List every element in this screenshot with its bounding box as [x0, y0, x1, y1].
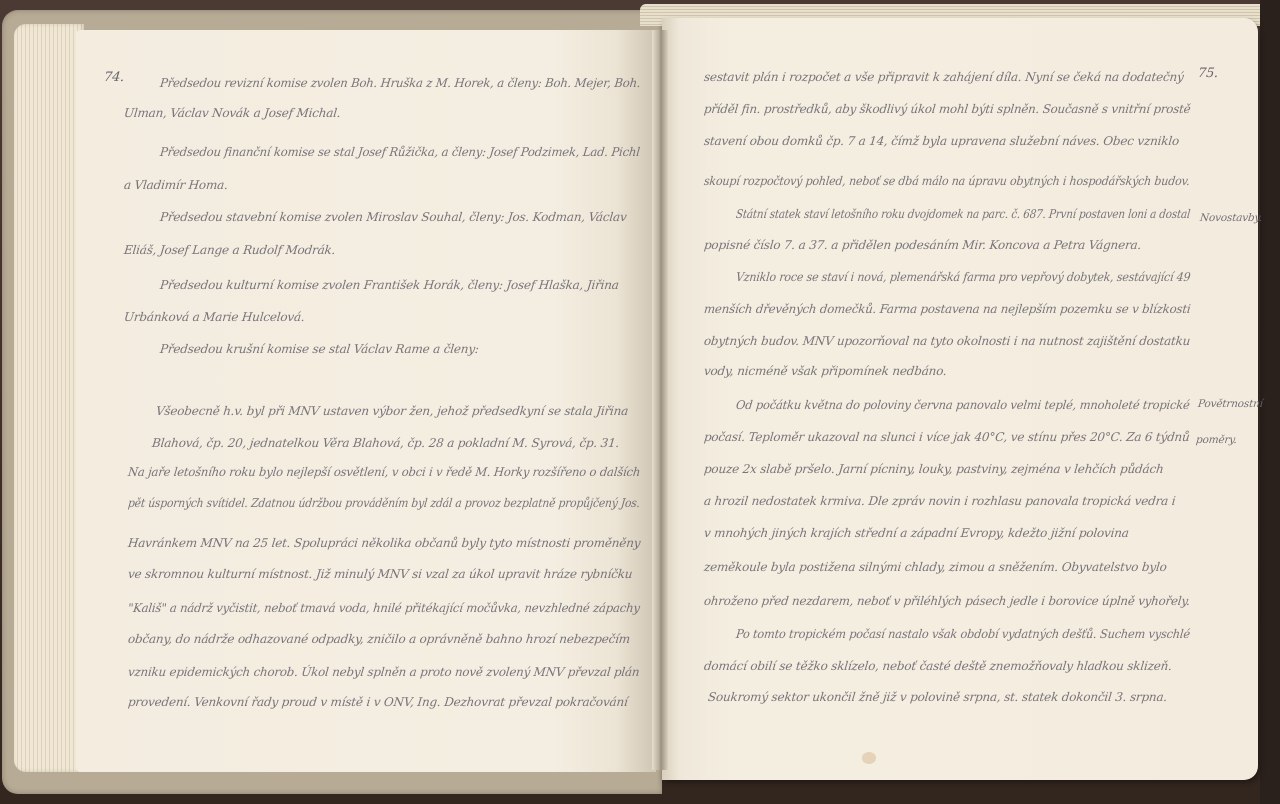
right-line: domácí obilí se těžko sklízelo, neboť ča… — [703, 659, 1172, 673]
right-line: Státní statek staví letošního roku dvojd… — [735, 207, 1191, 221]
right-line: sestavit plán i rozpočet a vše připravit… — [703, 70, 1184, 84]
right-line: příděl fin. prostředků, aby škodlivý úko… — [703, 102, 1191, 116]
right-line: pouze 2x slabě pršelo. Jarní pícniny, lo… — [703, 462, 1164, 476]
left-line: Všeobecně h.v. byl při MNV ustaven výbor… — [155, 404, 629, 418]
right-line: a hrozil nedostatek krmiva. Dle zpráv no… — [703, 494, 1176, 508]
left-line: Blahová, čp. 20, jednatelkou Věra Blahov… — [151, 436, 620, 450]
left-page — [76, 30, 656, 772]
right-line: menších dřevěných domečků. Farma postave… — [703, 302, 1191, 316]
margin-note: Povětrnostní — [1197, 398, 1263, 410]
left-page-number: 74. — [103, 70, 125, 85]
right-line: zeměkoule byla postižena silnými chlady,… — [703, 560, 1167, 574]
book-gutter — [652, 30, 668, 770]
right-line: vody, nicméně však připomínek nedbáno. — [703, 364, 947, 378]
margin-note: Novostavby. — [1199, 212, 1262, 224]
left-line: pět úsporných svítidel. Zdatnou údržbou … — [127, 496, 640, 510]
right-line: Po tomto tropickém počasí nastalo však o… — [735, 627, 1190, 641]
left-line: Předsedou krušní komise se stal Václav R… — [159, 342, 479, 356]
right-line: popisné číslo 7. a 37. a přidělen podesá… — [703, 238, 1142, 252]
right-page-number: 75. — [1197, 66, 1219, 81]
right-line: Soukromý sektor ukončil žně již v polovi… — [707, 690, 1168, 704]
left-line: ve skromnou kulturní místnost. Již minul… — [127, 567, 633, 581]
left-line: a Vladimír Homa. — [123, 178, 228, 192]
right-line: skoupí rozpočtový pohled, neboť se dbá m… — [703, 174, 1190, 188]
right-line: ohroženo před nezdarem, neboť v přiléhlý… — [703, 594, 1190, 608]
left-line: Předsedou kulturní komise zvolen Františ… — [159, 278, 619, 292]
right-line: Vzniklo roce se staví i nová, plemenářsk… — [735, 270, 1191, 284]
left-line: Předsedou stavební komise zvolen Mirosla… — [159, 210, 627, 224]
right-line: stavení obou domků čp. 7 a 14, čímž byla… — [703, 134, 1180, 148]
left-line: občany, do nádrže odhazované odpadky, zn… — [127, 632, 630, 646]
left-line: Na jaře letošního roku bylo nejlepší osv… — [127, 465, 641, 479]
page-edge-stack-left — [14, 24, 84, 772]
right-line: počasí. Teploměr ukazoval na slunci i ví… — [703, 430, 1190, 444]
left-line: Předsedou finanční komise se stal Josef … — [159, 145, 640, 159]
left-line: "Kališ" a nádrž vyčistit, neboť tmavá vo… — [127, 601, 640, 615]
right-line: obytných budov. MNV upozorňoval na tyto … — [703, 334, 1191, 348]
left-line: Urbánková a Marie Hulcelová. — [123, 310, 305, 324]
right-line: Od počátku května do poloviny června pan… — [735, 398, 1190, 412]
left-line: provedení. Venkovní řady proud v místě i… — [127, 695, 628, 709]
left-line: Ulman, Václav Novák a Josef Michal. — [123, 106, 341, 120]
left-line: vzniku epidemických chorob. Úkol nebyl s… — [127, 665, 640, 679]
margin-note: poměry. — [1195, 434, 1237, 446]
left-line: Eliáš, Josef Lange a Rudolf Modrák. — [123, 243, 336, 257]
left-line: Havránkem MNV na 25 let. Spolupráci něko… — [127, 536, 641, 550]
right-line: v mnohých jiných krajích střední a západ… — [703, 526, 1129, 540]
paper-stain — [862, 752, 876, 764]
left-line: Předsedou revizní komise zvolen Boh. Hru… — [159, 76, 641, 90]
